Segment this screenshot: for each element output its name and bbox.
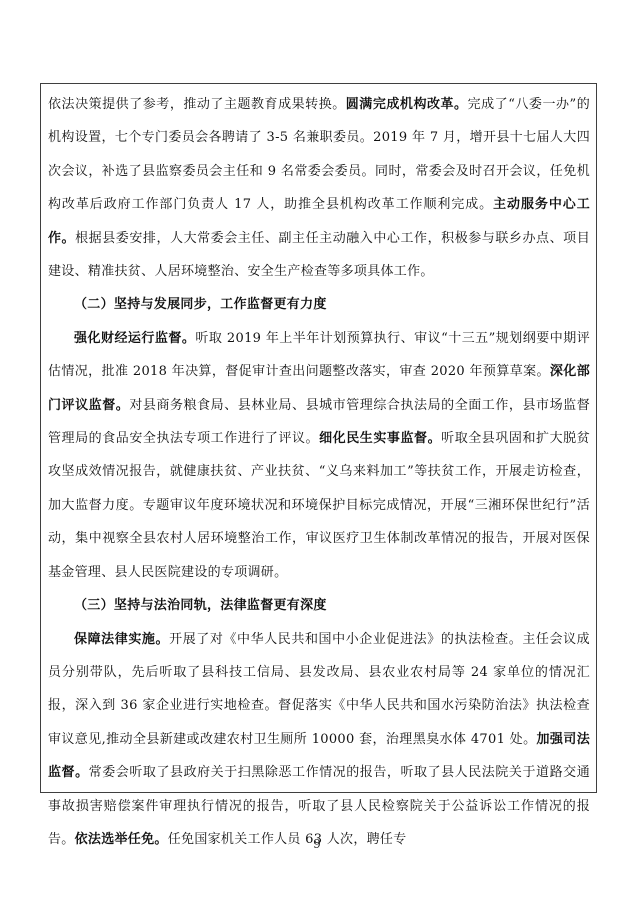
paragraph-legal-supervision: 保障法律实施。开展了对《中华人民共和国中小企业促进法》的执法检查。主任会议成员分…: [48, 623, 590, 857]
section-heading-3: （三）坚持与法治同轨，法律监督更有深度: [48, 589, 590, 622]
paragraph-work-supervision: 强化财经运行监督。听取 2019 年上半年计划预算执行、审议“十三五”规划纲要中…: [48, 322, 590, 589]
document-page: 依法决策提供了参考，推动了主题教育成果转换。圆满完成机构改革。完成了“八委一办”…: [0, 0, 634, 898]
section-heading-2: （二）坚持与发展同步，工作监督更有力度: [48, 288, 590, 321]
paragraph-institutional-reform: 依法决策提供了参考，推动了主题教育成果转换。圆满完成机构改革。完成了“八委一办”…: [48, 88, 590, 288]
document-content: 依法决策提供了参考，推动了主题教育成果转换。圆满完成机构改革。完成了“八委一办”…: [48, 88, 590, 856]
page-number: 9: [0, 837, 634, 851]
